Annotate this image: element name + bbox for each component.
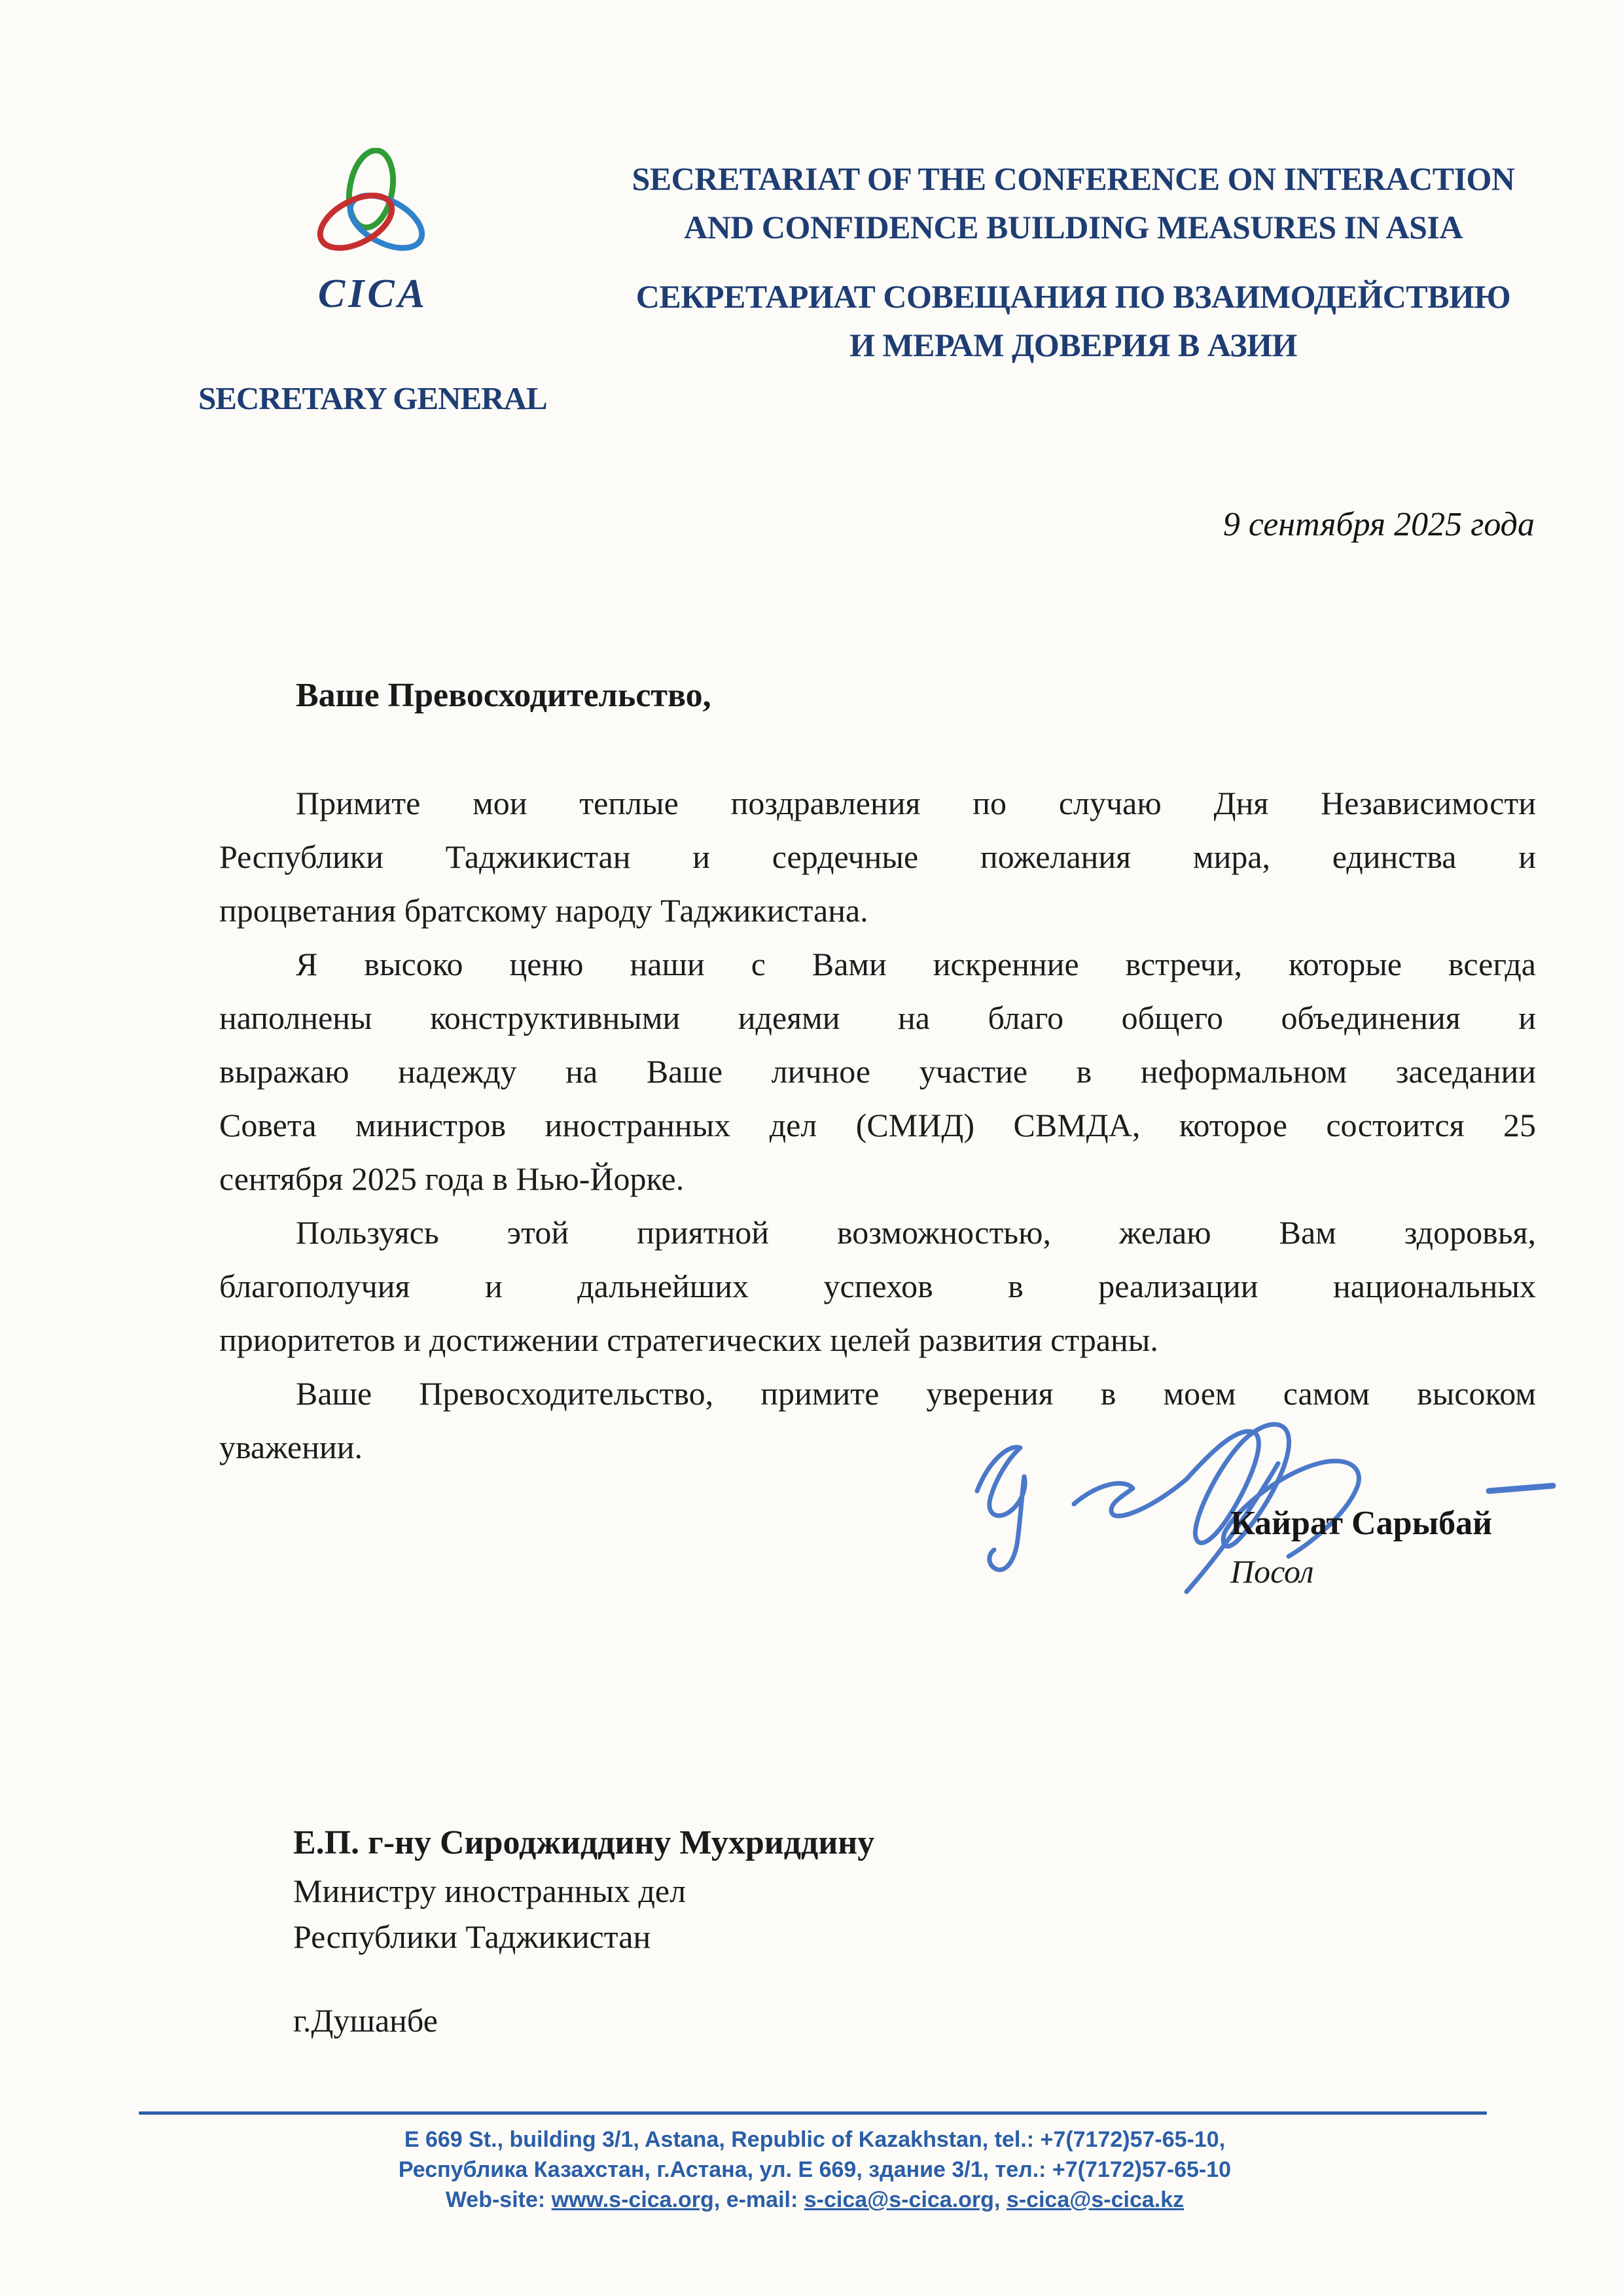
org-title-english: SECRETARIAT OF THE CONFERENCE ON INTERAC… xyxy=(592,154,1554,251)
letter-body: Примите мои теплые поздравления по случа… xyxy=(219,776,1536,1474)
org-title-ru-line1: СЕКРЕТАРИАТ СОВЕЩАНИЯ ПО ВЗАИМОДЕЙСТВИЮ xyxy=(592,272,1554,321)
org-title-en-line2: AND CONFIDENCE BUILDING MEASURES IN ASIA xyxy=(592,203,1554,251)
paragraph-line: благополучия и дальнейших успехов в реал… xyxy=(219,1259,1536,1313)
footer-address-ru: Республика Казахстан, г.Астана, ул. Е 66… xyxy=(154,2155,1476,2185)
paragraph-line: Я высоко ценю наши с Вами искренние встр… xyxy=(219,937,1536,991)
paragraph-line: сентября 2025 года в Нью-Йорке. xyxy=(219,1152,1536,1206)
email-link-kz[interactable]: s-cica@s-cica.kz xyxy=(1007,2187,1184,2212)
addressee-city: г.Душанбе xyxy=(293,2001,438,2039)
logo-wordmark: CICA xyxy=(281,271,465,317)
paragraph-line: Республики Таджикистан и сердечные пожел… xyxy=(219,830,1536,884)
footer-contact-block: E 669 St., building 3/1, Astana, Republi… xyxy=(154,2125,1476,2215)
org-title-russian: СЕКРЕТАРИАТ СОВЕЩАНИЯ ПО ВЗАИМОДЕЙСТВИЮ … xyxy=(592,272,1554,369)
footer-email-label: , e-mail: xyxy=(714,2187,804,2212)
paragraph-line: Пользуясь этой приятной возможностью, же… xyxy=(219,1206,1536,1259)
secretary-general-label: SECRETARY GENERAL xyxy=(198,380,547,417)
paragraph-line: приоритетов и достижении стратегических … xyxy=(219,1313,1536,1367)
paragraph-line: наполнены конструктивными идеями на благ… xyxy=(219,991,1536,1045)
paragraph-line: процветания братскому народу Таджикистан… xyxy=(219,884,1536,937)
signer-title: Посол xyxy=(1230,1552,1314,1590)
addressee-position: Министру иностранных дел xyxy=(293,1872,686,1910)
email-link-org[interactable]: s-cica@s-cica.org xyxy=(804,2187,994,2212)
footer-web-label: Web-site: xyxy=(446,2187,552,2212)
footer-separator: , xyxy=(994,2187,1007,2212)
paragraph-line: Совета министров иностранных дел (СМИД) … xyxy=(219,1098,1536,1152)
paragraph-line: выражаю надежду на Ваше личное участие в… xyxy=(219,1045,1536,1098)
paragraph-line: Примите мои теплые поздравления по случа… xyxy=(219,776,1536,830)
letter-date: 9 сентября 2025 года xyxy=(880,505,1535,544)
letter-page: { "colors": { "navy": "#1e3d73", "footer… xyxy=(0,0,1623,2296)
org-title-en-line1: SECRETARIAT OF THE CONFERENCE ON INTERAC… xyxy=(592,154,1554,203)
signature-stroke xyxy=(977,1447,1025,1516)
salutation: Ваше Превосходительство, xyxy=(296,676,711,715)
website-link[interactable]: www.s-cica.org xyxy=(552,2187,714,2212)
footer-web-line: Web-site: www.s-cica.org, e-mail: s-cica… xyxy=(154,2185,1476,2215)
org-title-ru-line2: И МЕРАМ ДОВЕРИЯ В АЗИИ xyxy=(592,321,1554,369)
addressee-name: Е.П. г-ну Сироджиддину Мухриддину xyxy=(293,1823,874,1862)
footer-address-en: E 669 St., building 3/1, Astana, Republi… xyxy=(154,2125,1476,2155)
footer-divider xyxy=(139,2111,1487,2115)
signer-name: Кайрат Сарыбай xyxy=(1230,1504,1492,1543)
signature-dash xyxy=(1489,1486,1553,1491)
cica-logo xyxy=(302,148,440,271)
signature-stroke xyxy=(1074,1479,1186,1516)
addressee-country: Республики Таджикистан xyxy=(293,1918,651,1956)
